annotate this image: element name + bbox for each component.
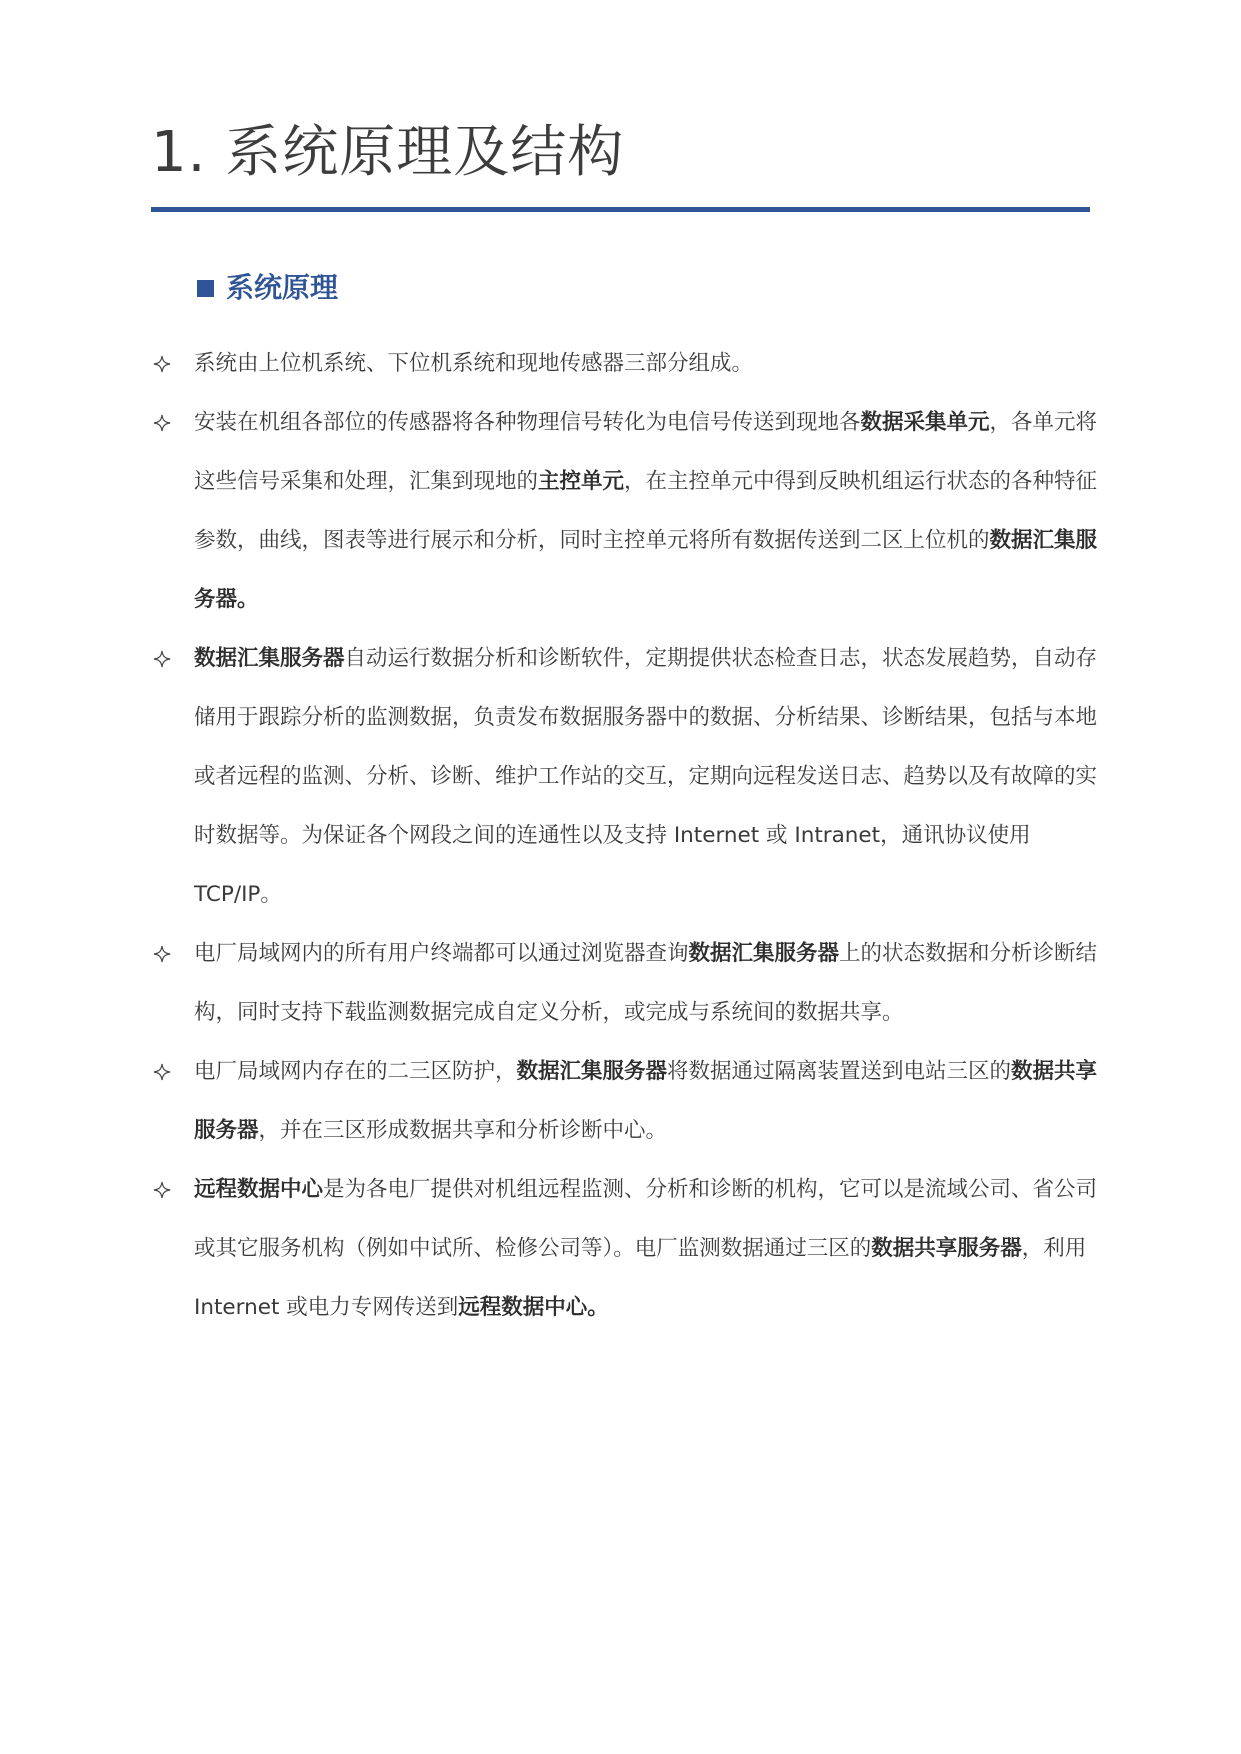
bullet-text: 安装在机组各部位的传感器将各种物理信号转化为电信号传送到现地各数据采集单元，各单… bbox=[194, 410, 1097, 612]
bullet-text: 远程数据中心是为各电厂提供对机组远程监测、分析和诊断的机构，它可以是流域公司、省… bbox=[194, 1177, 1097, 1320]
text-segment: 自动运行数据分析和诊断软件，定期提供状态检查日志，状态发展趋势，自动存储用于跟踪… bbox=[194, 646, 1097, 907]
list-item: 数据汇集服务器自动运行数据分析和诊断软件，定期提供状态检查日志，状态发展趋势，自… bbox=[151, 629, 1111, 924]
four-point-star-icon bbox=[151, 334, 173, 393]
list-item: 电厂局域网内存在的二三区防护，数据汇集服务器将数据通过隔离装置送到电站三区的数据… bbox=[151, 1042, 1111, 1160]
four-point-star-icon bbox=[151, 1042, 173, 1101]
emphasis-term: 主控单元 bbox=[538, 469, 624, 494]
bullet-text: 数据汇集服务器自动运行数据分析和诊断软件，定期提供状态检查日志，状态发展趋势，自… bbox=[194, 646, 1097, 907]
title-divider bbox=[151, 207, 1090, 212]
emphasis-term: 数据采集单元 bbox=[861, 410, 990, 435]
section-heading-text: 系统原理 bbox=[226, 270, 338, 306]
emphasis-term: 远程数据中心 bbox=[194, 1177, 323, 1202]
list-item: 系统由上位机系统、下位机系统和现地传感器三部分组成。 bbox=[151, 334, 1111, 393]
text-segment: 系统由上位机系统、下位机系统和现地传感器三部分组成。 bbox=[194, 351, 753, 376]
text-segment: 电厂局域网内存在的二三区防护， bbox=[194, 1059, 517, 1084]
four-point-star-icon bbox=[151, 629, 173, 688]
emphasis-term: 数据汇集服务器 bbox=[194, 646, 345, 671]
bullet-text: 电厂局域网内存在的二三区防护，数据汇集服务器将数据通过隔离装置送到电站三区的数据… bbox=[194, 1059, 1097, 1143]
list-item: 电厂局域网内的所有用户终端都可以通过浏览器查询数据汇集服务器上的状态数据和分析诊… bbox=[151, 924, 1111, 1042]
bullet-list: 系统由上位机系统、下位机系统和现地传感器三部分组成。 安装在机组各部位的传感器将… bbox=[151, 334, 1111, 1337]
four-point-star-icon bbox=[151, 924, 173, 983]
section-heading: 系统原理 bbox=[197, 270, 338, 306]
four-point-star-icon bbox=[151, 393, 173, 452]
text-segment: 电厂局域网内的所有用户终端都可以通过浏览器查询 bbox=[194, 941, 689, 966]
square-bullet-icon bbox=[197, 280, 214, 297]
emphasis-term: 数据共享服务器 bbox=[871, 1236, 1022, 1261]
list-item: 远程数据中心是为各电厂提供对机组远程监测、分析和诊断的机构，它可以是流域公司、省… bbox=[151, 1160, 1111, 1337]
page-title: 1. 系统原理及结构 bbox=[151, 118, 624, 188]
emphasis-term: 数据汇集服务器 bbox=[517, 1059, 668, 1084]
emphasis-term: 远程数据中心。 bbox=[458, 1295, 609, 1320]
list-item: 安装在机组各部位的传感器将各种物理信号转化为电信号传送到现地各数据采集单元，各单… bbox=[151, 393, 1111, 629]
text-segment: ，并在三区形成数据共享和分析诊断中心。 bbox=[259, 1118, 668, 1143]
bullet-text: 电厂局域网内的所有用户终端都可以通过浏览器查询数据汇集服务器上的状态数据和分析诊… bbox=[194, 941, 1097, 1025]
four-point-star-icon bbox=[151, 1160, 173, 1219]
emphasis-term: 数据汇集服务器 bbox=[689, 941, 840, 966]
text-segment: 安装在机组各部位的传感器将各种物理信号转化为电信号传送到现地各 bbox=[194, 410, 861, 435]
text-segment: 将数据通过隔离装置送到电站三区的 bbox=[667, 1059, 1011, 1084]
bullet-text: 系统由上位机系统、下位机系统和现地传感器三部分组成。 bbox=[194, 351, 753, 376]
